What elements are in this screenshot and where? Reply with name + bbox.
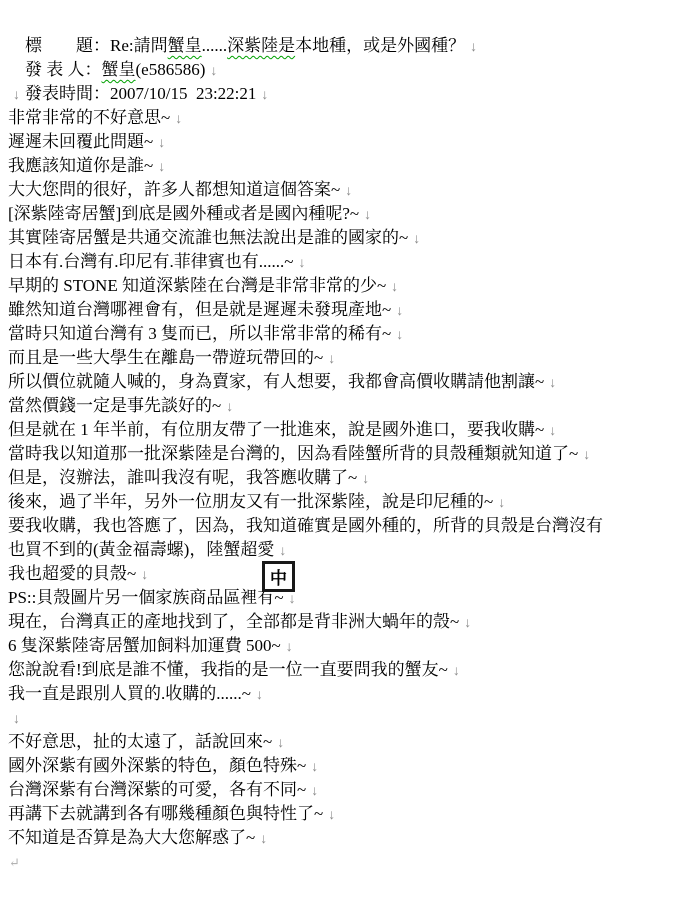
spellcheck-underline: 深紫陸是 <box>227 36 295 55</box>
line-break-mark: ↵ <box>9 855 20 870</box>
line-break-mark: ↓ <box>364 208 371 223</box>
text-line[interactable]: 現在，台灣真正的產地找到了，全部都是背非洲大蝸年的殼~↓ <box>8 610 678 634</box>
line-text: 您說說看!到底是誰不懂，我指的是一位一直要問我的蟹友~ <box>8 660 448 679</box>
text-line[interactable]: 早期的 STONE 知道深紫陸在台灣是非常非常的少~↓ <box>8 274 678 298</box>
text-line[interactable]: 不好意思，扯的太遠了，話說回來~↓ <box>8 730 678 754</box>
line-text: 所以價位就隨人喊的，身為賣家，有人想要，我都會高價收購請他割讓~ <box>8 372 544 391</box>
text-line[interactable]: 也買不到的(黃金福壽螺)，陸蟹超愛↓ <box>8 538 678 562</box>
author-id: (e586586) <box>136 60 206 79</box>
line-break-mark: ↓ <box>583 448 590 463</box>
line-break-mark: ↓ <box>289 592 296 607</box>
line-break-mark: ↓ <box>13 88 20 103</box>
line-text: 雖然知道台灣哪裡會有，但是就是遲遲未發現產地~ <box>8 300 391 319</box>
spellcheck-underline: 蟹皇 <box>102 60 136 79</box>
text-line[interactable]: 其實陸寄居蟹是共通交流誰也無法說出是誰的國家的~↓ <box>8 226 678 250</box>
line-break-mark: ↓ <box>345 184 352 199</box>
line-break-mark: ↓ <box>498 496 505 511</box>
title-dots: ...... <box>202 36 228 55</box>
text-line[interactable]: 要我收購，我也答應了，因為，我知道確實是國外種的，所背的貝殼是台灣沒有 <box>8 514 678 538</box>
timestamp-label: 發表時間： <box>25 84 110 103</box>
line-break-mark: ↓ <box>279 544 286 559</box>
text-line[interactable]: 我應該知道你是誰~↓ <box>8 154 678 178</box>
text-line[interactable]: 所以價位就隨人喊的，身為賣家，有人想要，我都會高價收購請他割讓~↓ <box>8 370 678 394</box>
line-text: 當時只知道台灣有 3 隻而已，所以非常非常的稀有~ <box>8 324 391 343</box>
text-line[interactable]: [深紫陸寄居蟹]到底是國外種或者是國內種呢?~↓ <box>8 202 678 226</box>
line-break-mark: ↓ <box>549 376 556 391</box>
text-line[interactable]: 不知道是否算是為大大您解惑了~↓ <box>8 826 678 850</box>
text-line[interactable]: 大大您問的很好，許多人都想知道這個答案~↓ <box>8 178 678 202</box>
line-break-mark: ↓ <box>298 256 305 271</box>
line-break-mark: ↓ <box>311 784 318 799</box>
line-text: 後來，過了半年，另外一位朋友又有一批深紫陸，說是印尼種的~ <box>8 492 493 511</box>
document-page[interactable]: 標 題：Re:請問蟹皇......深紫陸是本地種，或是外國種？↓ 發 表 人：蟹… <box>0 0 678 901</box>
text-line[interactable]: 再講下去就講到各有哪幾種顏色與特性了~↓ <box>8 802 678 826</box>
line-text: 我一直是跟別人買的.收購的......~ <box>8 684 251 703</box>
timestamp-value: 2007/10/15 23:22:21 <box>110 84 256 103</box>
text-line[interactable]: 國外深紫有國外深紫的特色，顏色特殊~↓ <box>8 754 678 778</box>
line-text: 現在，台灣真正的產地找到了，全部都是背非洲大蝸年的殼~ <box>8 612 459 631</box>
text-line[interactable]: 非常非常的不好意思~↓ <box>8 106 678 130</box>
line-text: 當然價錢一定是事先談好的~ <box>8 396 221 415</box>
text-line[interactable]: 後來，過了半年，另外一位朋友又有一批深紫陸，說是印尼種的~↓ <box>8 490 678 514</box>
line-break-mark: ↓ <box>256 688 263 703</box>
line-break-mark: ↓ <box>549 424 556 439</box>
spellcheck-underline: 蟹皇 <box>168 36 202 55</box>
line-break-mark: ↓ <box>158 136 165 151</box>
line-break-mark: ↓ <box>391 280 398 295</box>
text-line[interactable]: ↓ <box>8 706 678 730</box>
text-line[interactable]: 6 隻深紫陸寄居蟹加飼料加運費 500~↓ <box>8 634 678 658</box>
line-break-mark: ↓ <box>453 664 460 679</box>
line-text: 遲遲未回覆此問題~ <box>8 132 153 151</box>
ime-indicator[interactable]: 中 <box>262 561 295 592</box>
line-break-mark: ↓ <box>396 328 403 343</box>
line-text: 非常非常的不好意思~ <box>8 108 170 127</box>
line-break-mark: ↓ <box>464 616 471 631</box>
text-line[interactable]: 雖然知道台灣哪裡會有，但是就是遲遲未發現產地~↓ <box>8 298 678 322</box>
line-break-mark: ↓ <box>362 472 369 487</box>
title-suffix: 本地種，或是外國種？ <box>295 36 465 55</box>
line-text: 不知道是否算是為大大您解惑了~ <box>8 828 255 847</box>
line-text: PS::貝殼圖片另一個家族商品區裡有~ <box>8 588 284 607</box>
text-line[interactable]: PS::貝殼圖片另一個家族商品區裡有~↓ <box>8 586 678 610</box>
text-line[interactable]: 而且是一些大學生在離島一帶遊玩帶回的~↓ <box>8 346 678 370</box>
line-text: 但是就在 1 年半前，有位朋友帶了一批進來，說是國外進口，要我收購~ <box>8 420 544 439</box>
line-break-mark: ↓ <box>141 568 148 583</box>
line-text: 當時我以知道那一批深紫陸是台灣的，因為看陸蟹所背的貝殼種類就知道了~ <box>8 444 578 463</box>
line-text: 大大您問的很好，許多人都想知道這個答案~ <box>8 180 340 199</box>
line-break-mark: ↓ <box>286 640 293 655</box>
line-break-mark: ↓ <box>261 88 268 103</box>
line-text: 不好意思，扯的太遠了，話說回來~ <box>8 732 272 751</box>
line-text: 再講下去就講到各有哪幾種顏色與特性了~ <box>8 804 323 823</box>
line-text: 日本有.台灣有.印尼有.菲律賓也有......~ <box>8 252 293 271</box>
text-line[interactable]: 台灣深紫有台灣深紫的可愛，各有不同~↓ <box>8 778 678 802</box>
line-break-mark: ↓ <box>226 400 233 415</box>
line-break-mark: ↓ <box>260 832 267 847</box>
text-line[interactable]: 遲遲未回覆此問題~↓ <box>8 130 678 154</box>
text-line[interactable]: 當時只知道台灣有 3 隻而已，所以非常非常的稀有~↓ <box>8 322 678 346</box>
line-text: 我應該知道你是誰~ <box>8 156 153 175</box>
title-line[interactable]: 標 題：Re:請問蟹皇......深紫陸是本地種，或是外國種？↓ <box>8 10 678 34</box>
line-break-mark: ↓ <box>210 64 217 79</box>
line-text: 要我收購，我也答應了，因為，我知道確實是國外種的，所背的貝殼是台灣沒有 <box>8 516 603 535</box>
line-break-mark: ↓ <box>277 736 284 751</box>
line-break-mark: ↓ <box>158 160 165 175</box>
line-break-mark: ↓ <box>396 304 403 319</box>
body-text[interactable]: ↓ 非常非常的不好意思~↓ 遲遲未回覆此問題~↓ 我應該知道你是誰~↓ 大大您問… <box>8 82 678 874</box>
line-break-mark: ↓ <box>13 712 20 727</box>
line-text: 6 隻深紫陸寄居蟹加飼料加運費 500~ <box>8 636 281 655</box>
author-label: 發 表 人： <box>25 60 102 79</box>
line-text: 我也超愛的貝殼~ <box>8 564 136 583</box>
line-break-mark: ↓ <box>470 40 477 55</box>
title-prefix: 標 題：Re:請問 <box>25 36 168 55</box>
text-line[interactable]: 日本有.台灣有.印尼有.菲律賓也有......~↓ <box>8 250 678 274</box>
line-break-mark: ↓ <box>311 760 318 775</box>
text-line[interactable]: 當時我以知道那一批深紫陸是台灣的，因為看陸蟹所背的貝殼種類就知道了~↓ <box>8 442 678 466</box>
text-line[interactable]: 我也超愛的貝殼~↓ <box>8 562 678 586</box>
line-text: 其實陸寄居蟹是共通交流誰也無法說出是誰的國家的~ <box>8 228 408 247</box>
text-line[interactable]: 但是，沒辦法，誰叫我沒有呢，我答應收購了~↓ <box>8 466 678 490</box>
line-text: 也買不到的(黃金福壽螺)，陸蟹超愛 <box>8 540 274 559</box>
line-break-mark: ↓ <box>413 232 420 247</box>
line-break-mark: ↓ <box>175 112 182 127</box>
text-line[interactable]: 當然價錢一定是事先談好的~↓ <box>8 394 678 418</box>
line-break-mark: ↓ <box>328 808 335 823</box>
text-line[interactable]: 但是就在 1 年半前，有位朋友帶了一批進來，說是國外進口，要我收購~↓ <box>8 418 678 442</box>
ime-mode-label: 中 <box>270 564 287 589</box>
line-text: 國外深紫有國外深紫的特色，顏色特殊~ <box>8 756 306 775</box>
text-line[interactable]: 您說說看!到底是誰不懂，我指的是一位一直要問我的蟹友~↓ <box>8 658 678 682</box>
line-text: [深紫陸寄居蟹]到底是國外種或者是國內種呢?~ <box>8 204 359 223</box>
line-text: 而且是一些大學生在離島一帶遊玩帶回的~ <box>8 348 323 367</box>
line-break-mark: ↓ <box>328 352 335 367</box>
line-text: 台灣深紫有台灣深紫的可愛，各有不同~ <box>8 780 306 799</box>
text-line[interactable]: ↵ <box>8 850 678 874</box>
line-text: 早期的 STONE 知道深紫陸在台灣是非常非常的少~ <box>8 276 386 295</box>
text-line[interactable]: 我一直是跟別人買的.收購的......~↓ <box>8 682 678 706</box>
line-text: 但是，沒辦法，誰叫我沒有呢，我答應收購了~ <box>8 468 357 487</box>
